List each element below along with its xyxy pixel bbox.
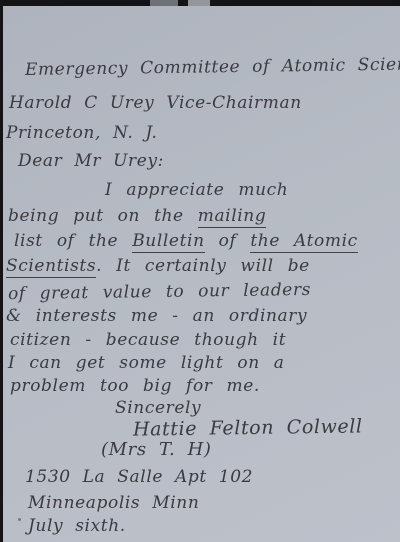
body-line: being put on the mailing: [8, 207, 266, 227]
address-line-street: 1530 La Salle Apt 102: [25, 468, 253, 488]
letter-photo: Emergency Committee of Atomic Scientists…: [0, 0, 400, 542]
signature-note: (Mrs T. H): [101, 440, 212, 461]
heading-line-city: Princeton, N. J.: [6, 124, 157, 144]
date-line: July sixth.: [28, 517, 126, 537]
body-line: I can get some light on a: [8, 354, 285, 374]
signature: Hattie Felton Colwell: [133, 416, 363, 441]
body-line: list of the Bulletin of the Atomic: [14, 232, 358, 252]
paper-speck: [18, 518, 21, 521]
body-line: I appreciate much: [105, 181, 288, 201]
heading-line-committee: Emergency Committee of Atomic Scientists: [25, 55, 400, 80]
closing: Sincerely: [115, 399, 201, 419]
heading-line-recipient: Harold C Urey Vice-Chairman: [9, 94, 302, 114]
letter-paper: Emergency Committee of Atomic Scientists…: [3, 6, 400, 542]
body-line: problem too big for me.: [10, 377, 260, 397]
body-line: of great value to our leaders: [8, 281, 311, 305]
body-line: & interests me - an ordinary: [6, 307, 307, 327]
body-line: citizen - because though it: [10, 331, 286, 351]
salutation: Dear Mr Urey:: [18, 152, 164, 172]
address-line-city: Minneapolis Minn: [28, 494, 199, 514]
body-line: Scientists. It certainly will be: [6, 257, 310, 277]
